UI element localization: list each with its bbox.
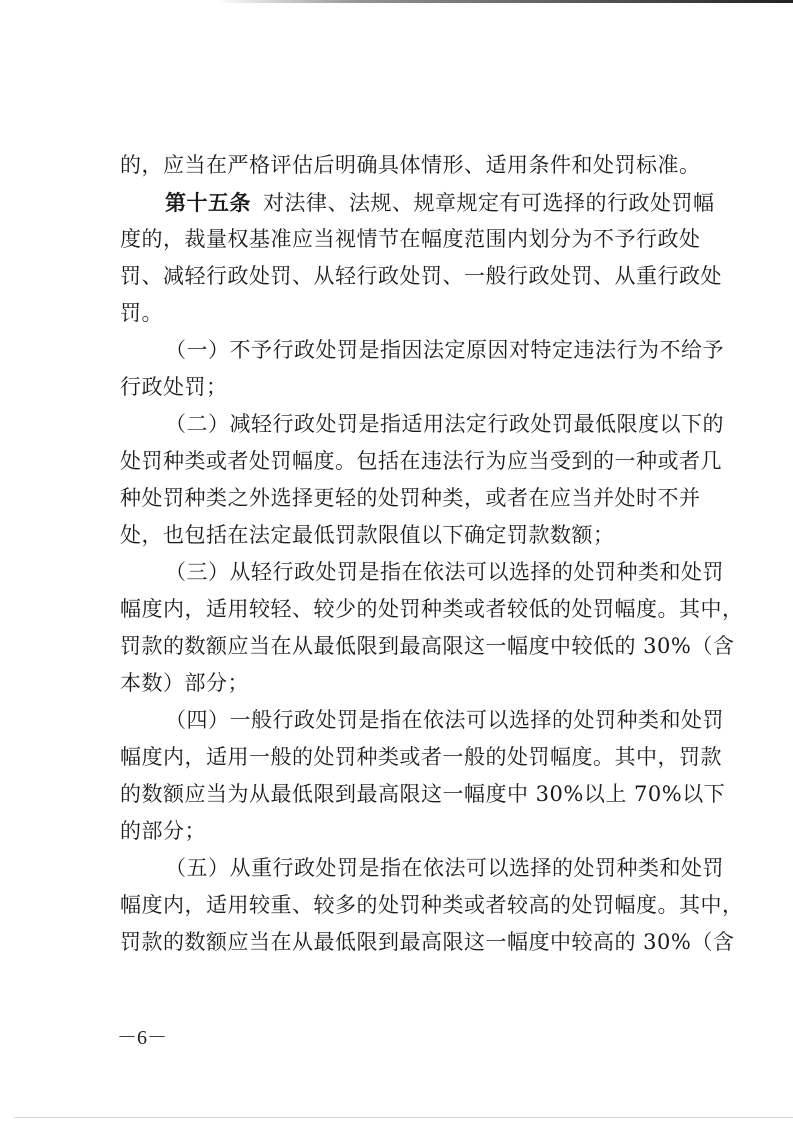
clause-item-2: （二）减轻行政处罚是指适用法定行政处罚最低限度以下的: [120, 406, 686, 443]
text-line: 本数）部分；: [120, 665, 686, 702]
text-line: 幅度内，适用较重、较多的处罚种类或者较高的处罚幅度。其中，: [120, 887, 686, 924]
text-line: 度的，裁量权基准应当视情节在幅度范围内划分为不予行政处: [120, 221, 686, 258]
document-body: 的，应当在严格评估后明确具体情形、适用条件和处罚标准。 第十五条对法律、法规、规…: [120, 147, 686, 961]
clause-item-3: （三）从轻行政处罚是指在依法可以选择的处罚种类和处罚: [120, 554, 686, 591]
page-number: －6－: [117, 1021, 167, 1050]
text-line: 种处罚种类之外选择更轻的处罚种类，或者在应当并处时不并: [120, 480, 686, 517]
text-line: 罚款的数额应当在从最低限到最高限这一幅度中较低的 30%（含: [120, 628, 686, 665]
text-line: 罚款的数额应当在从最低限到最高限这一幅度中较高的 30%（含: [120, 924, 686, 961]
text-line: 行政处罚；: [120, 369, 686, 406]
text-line: 对法律、法规、规章规定有可选择的行政处罚幅: [263, 191, 715, 215]
article-heading-line: 第十五条对法律、法规、规章规定有可选择的行政处罚幅: [120, 184, 686, 221]
scan-edge-top-rule: [215, 0, 793, 3]
clause-item-5: （五）从重行政处罚是指在依法可以选择的处罚种类和处罚: [120, 850, 686, 887]
text-line: 的数额应当为从最低限到最高限这一幅度中 30%以上 70%以下: [120, 776, 686, 813]
article-title: 第十五条: [165, 190, 251, 215]
text-line: 的，应当在严格评估后明确具体情形、适用条件和处罚标准。: [120, 147, 686, 184]
text-line: 罚。: [120, 295, 686, 332]
clause-item-1: （一）不予行政处罚是指因法定原因对特定违法行为不给予: [120, 332, 686, 369]
text-line: 处罚种类或者处罚幅度。包括在违法行为应当受到的一种或者几: [120, 443, 686, 480]
text-line: 的部分；: [120, 813, 686, 850]
scan-edge-bottom-rule: [14, 1117, 793, 1118]
text-line: 幅度内，适用一般的处罚种类或者一般的处罚幅度。其中，罚款: [120, 739, 686, 776]
text-line: 罚、减轻行政处罚、从轻行政处罚、一般行政处罚、从重行政处: [120, 258, 686, 295]
text-line: 幅度内，适用较轻、较少的处罚种类或者较低的处罚幅度。其中，: [120, 591, 686, 628]
clause-item-4: （四）一般行政处罚是指在依法可以选择的处罚种类和处罚: [120, 702, 686, 739]
text-line: 处，也包括在法定最低罚款限值以下确定罚款数额；: [120, 517, 686, 554]
